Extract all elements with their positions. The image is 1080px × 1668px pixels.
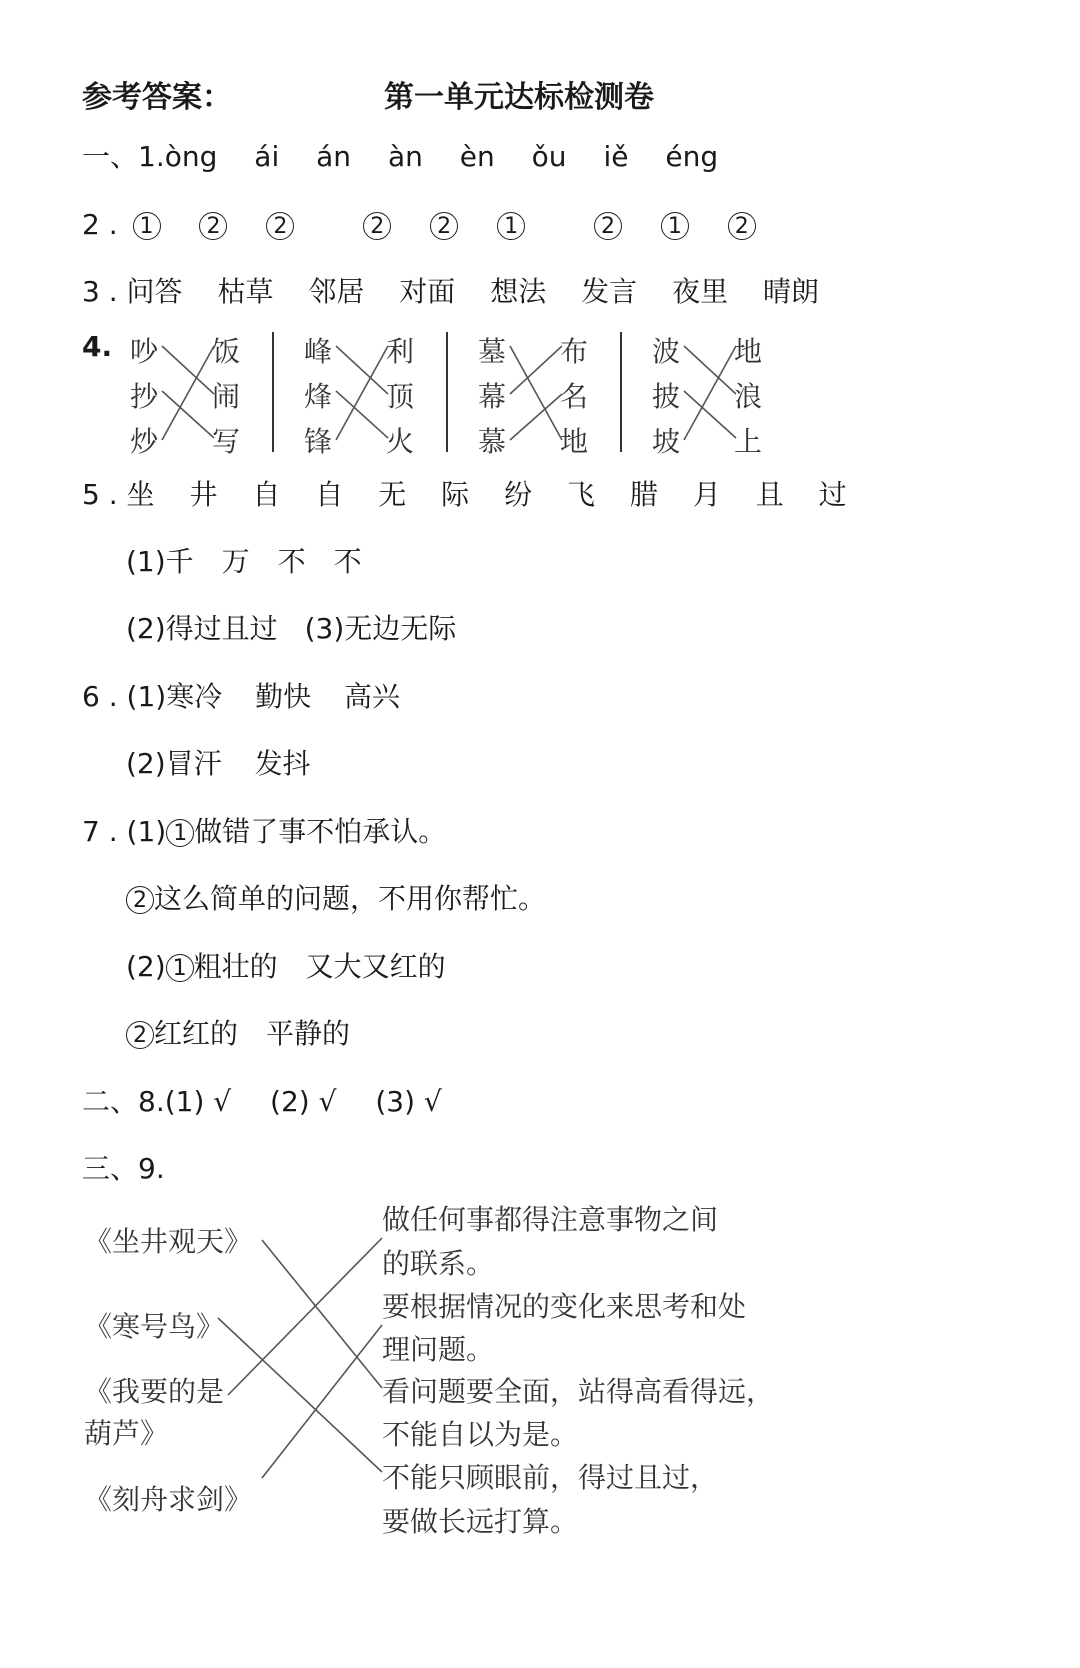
q9-right-line: 不能只顾眼前，得过且过， [382,1456,718,1500]
q9-prefix: 三、9. [82,1152,165,1186]
q4-right-char: 利 [386,330,414,370]
q1-item: iě [603,140,628,173]
q8-row: 二、8.(1) √ (2) √ (3) √ [82,1085,442,1119]
q9-right-line: 看问题要全面，站得高看得远， [382,1370,774,1414]
circled-number: 2 [126,886,154,914]
q4-right-char: 布 [560,330,588,370]
q4-left-char: 波 [652,330,680,370]
q4-right-char: 顶 [386,375,414,415]
q1-row: 一、1.òng ái án àn èn ǒu iě éng [82,140,718,174]
q9-right-line: 要做长远打算。 [382,1500,578,1544]
q4-left-char: 坡 [652,420,680,460]
q5-item: 且 [756,478,784,511]
q1-item: éng [665,140,718,173]
circled-number: 2 [126,1021,154,1049]
q5-item: 腊 [630,478,658,511]
q4-right-char: 浪 [734,375,762,415]
q1-item: àn [388,140,423,173]
q1-item: ǒu [532,140,567,173]
q9-left-item: 《我要的是 [84,1370,224,1414]
q1-item: ái [254,140,279,173]
q6-item: 高兴 [344,680,400,713]
q2-row: 2 . 1 2 2 2 2 1 2 1 2 [82,208,756,242]
q5-item: 井 [189,478,217,511]
q4-prefix: 4. [82,330,112,363]
circled-number: 2 [594,212,622,240]
q4-right-char: 地 [734,330,762,370]
q6-sub-label: (2) [126,747,166,780]
q4-left-char: 峰 [304,330,332,370]
answer-key-label: 参考答案： [82,72,232,116]
circled-number: 1 [133,212,161,240]
group-divider [620,332,622,452]
q5-item: 自 [252,478,280,511]
q9-right-line: 理问题。 [382,1328,494,1372]
q4-right-char: 上 [734,420,762,460]
q5-item: 飞 [567,478,595,511]
q5-row: 5 . 坐 井 自 自 无 际 纷 飞 腊 月 且 过 [82,478,847,512]
q7-sub-label: (1) [127,815,167,848]
q7-row3: (2)1粗壮的 又大又红的 [126,950,446,984]
q4-right-char: 地 [560,420,588,460]
q9-right-line: 的联系。 [382,1242,494,1286]
q6-row1: 6 . (1)寒冷 勤快 高兴 [82,680,400,714]
q5-item: 际 [441,478,469,511]
circled-number: 2 [363,212,391,240]
q5-sub1: (1)千 万 不 不 [126,545,362,579]
q6-row2: (2)冒汗 发抖 [126,747,311,781]
q5-item: 过 [819,478,847,511]
q7-sub-label: (2) [126,950,166,983]
q1-item: èn [460,140,495,173]
q7-prefix: 7 . [82,815,118,848]
group-divider [446,332,448,452]
q2-prefix: 2 . [82,208,118,241]
q5-prefix: 5 . [82,478,118,511]
q9-right-line: 要根据情况的变化来思考和处 [382,1285,746,1329]
circled-number: 1 [166,819,194,847]
q5-sub-row: (2)得过且过 (3)无边无际 [126,612,456,646]
circled-number: 2 [266,212,294,240]
q7-answer: 粗壮的 又大又红的 [194,950,446,983]
q7-answer: 红红的 平静的 [154,1017,350,1050]
q4-left-char: 炒 [130,420,158,460]
q4-right-char: 名 [560,375,588,415]
page-title: 第一单元达标检测卷 [384,72,654,116]
q4-left-char: 墓 [478,330,506,370]
q5-item: 自 [315,478,343,511]
q9-left-item: 《坐井观天》 [84,1220,252,1264]
q7-answer: 这么简单的问题，不用你帮忙。 [154,882,546,915]
group-divider [272,332,274,452]
q7-row2: 2这么简单的问题，不用你帮忙。 [126,882,546,916]
q3-item: 夜里 [672,275,728,308]
circled-number: 2 [728,212,756,240]
q8-item: (1) √ [165,1085,231,1118]
q4-left-char: 披 [652,375,680,415]
circled-number: 1 [661,212,689,240]
q9-left-item: 《刻舟求剑》 [84,1478,252,1522]
q9-left-item: 葫芦》 [84,1412,168,1456]
q4-right-char: 饭 [212,330,240,370]
q8-item: (2) √ [270,1085,336,1118]
q6-prefix: 6 . [82,680,118,713]
circled-number: 1 [497,212,525,240]
q4-left-char: 抄 [130,375,158,415]
q3-item: 邻居 [308,275,364,308]
q5-sub2: (2)得过且过 [126,612,278,645]
circled-number: 1 [166,954,194,982]
q8-prefix: 二、8. [82,1085,165,1118]
q5-item: 纷 [504,478,532,511]
q7-row1: 7 . (1)1做错了事不怕承认。 [82,815,446,849]
q4-left-char: 慕 [478,420,506,460]
q4-right-char: 闹 [212,375,240,415]
q3-item: 想法 [490,275,546,308]
q6-item: 发抖 [255,747,311,780]
q8-item: (3) √ [375,1085,441,1118]
circled-number: 2 [199,212,227,240]
q6-item: 勤快 [255,680,311,713]
q4-right-char: 写 [212,420,240,460]
q5-item: 无 [378,478,406,511]
q5-item: 坐 [127,478,155,511]
q3-item: 枯草 [217,275,273,308]
q4-right-char: 火 [386,420,414,460]
q9-right-line: 不能自以为是。 [382,1413,578,1457]
q3-item: 问答 [127,275,183,308]
q7-row4: 2红红的 平静的 [126,1017,350,1051]
q1-prefix: 一、1. [82,140,165,173]
circled-number: 2 [430,212,458,240]
q7-answer: 做错了事不怕承认。 [194,815,446,848]
q4-left-char: 锋 [304,420,332,460]
q1-item: òng [165,140,218,173]
q6-sub-label: (1) [127,680,167,713]
q3-item: 对面 [399,275,455,308]
q3-row: 3 . 问答 枯草 邻居 对面 想法 发言 夜里 晴朗 [82,275,819,309]
q4-left-char: 幕 [478,375,506,415]
q6-item: 冒汗 [166,747,222,780]
q4-left-char: 吵 [130,330,158,370]
q5-item: 月 [693,478,721,511]
q4-left-char: 烽 [304,375,332,415]
q3-prefix: 3 . [82,275,118,308]
q6-item: 寒冷 [166,680,222,713]
q3-item: 发言 [581,275,637,308]
q9-left-item: 《寒号鸟》 [84,1305,224,1349]
q1-item: án [316,140,351,173]
q5-sub3: (3)无边无际 [305,612,457,645]
q9-right-line: 做任何事都得注意事物之间 [382,1198,718,1242]
q3-item: 晴朗 [763,275,819,308]
